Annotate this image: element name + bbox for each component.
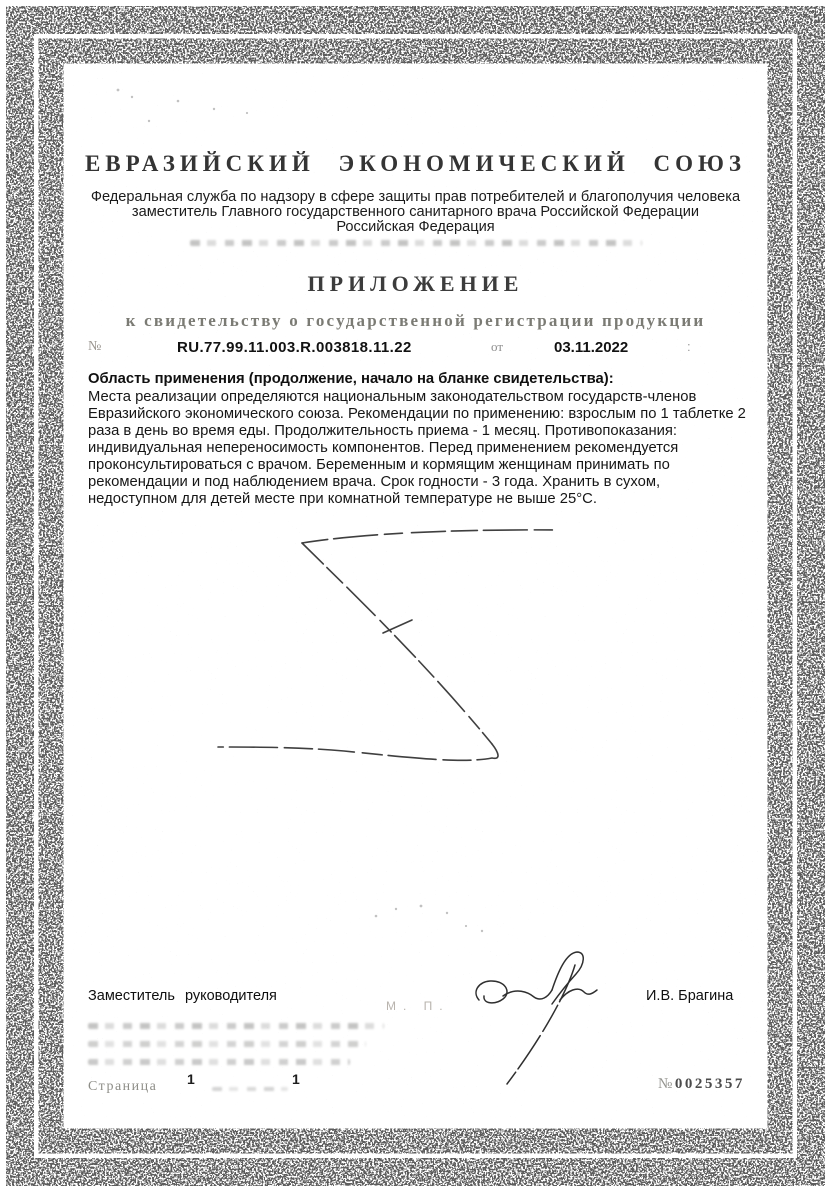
registration-number: RU.77.99.11.003.R.003818.11.22 (177, 339, 412, 356)
handwritten-signature (0, 0, 831, 1192)
appendix-subtitle: к свидетельству о государственной регист… (0, 311, 831, 331)
page-total: 1 (292, 1071, 300, 1087)
illegible-page-separator (212, 1087, 288, 1091)
page-current: 1 (187, 1071, 195, 1087)
signer-name: И.В. Брагина (646, 988, 733, 1004)
signer-position: Заместитель руководителя (88, 988, 277, 1004)
stamp-place-mark: М. П. (386, 999, 450, 1013)
agency-line-1: Федеральная служба по надзору в сфере за… (0, 189, 831, 205)
appendix-title: ПРИЛОЖЕНИЕ (0, 271, 831, 297)
union-title: ЕВРАЗИЙСКИЙ ЭКОНОМИЧЕСКИЙ СОЮЗ (0, 151, 831, 177)
scan-specks (0, 0, 831, 1192)
scope-paragraph: Места реализации определяются национальн… (88, 389, 752, 508)
registration-date: 03.11.2022 (554, 339, 628, 356)
illegible-fineprint-line (88, 1023, 384, 1029)
illegible-caption-line (190, 240, 642, 246)
agency-line-2: заместитель Главного государственного са… (0, 204, 831, 220)
scope-heading: Область применения (продолжение, начало … (88, 371, 760, 387)
form-number-digits: 0025357 (675, 1076, 745, 1092)
stray-colon-mark: : (687, 339, 691, 354)
number-label: № (88, 339, 101, 355)
illegible-fineprint-line (88, 1041, 366, 1047)
date-label: от (491, 339, 503, 355)
certificate-appendix-page: ЕВРАЗИЙСКИЙ ЭКОНОМИЧЕСКИЙ СОЮЗ Федеральн… (0, 0, 831, 1192)
agency-line-3: Российская Федерация (0, 219, 831, 235)
illegible-fineprint-line (88, 1059, 350, 1065)
scanned-border-ornament (0, 0, 831, 1192)
blank-form-number: №0025357 (658, 1076, 745, 1093)
pen-strike-mark (0, 0, 831, 1192)
form-number-label: № (658, 1076, 675, 1092)
page-label: Страница (88, 1079, 157, 1095)
